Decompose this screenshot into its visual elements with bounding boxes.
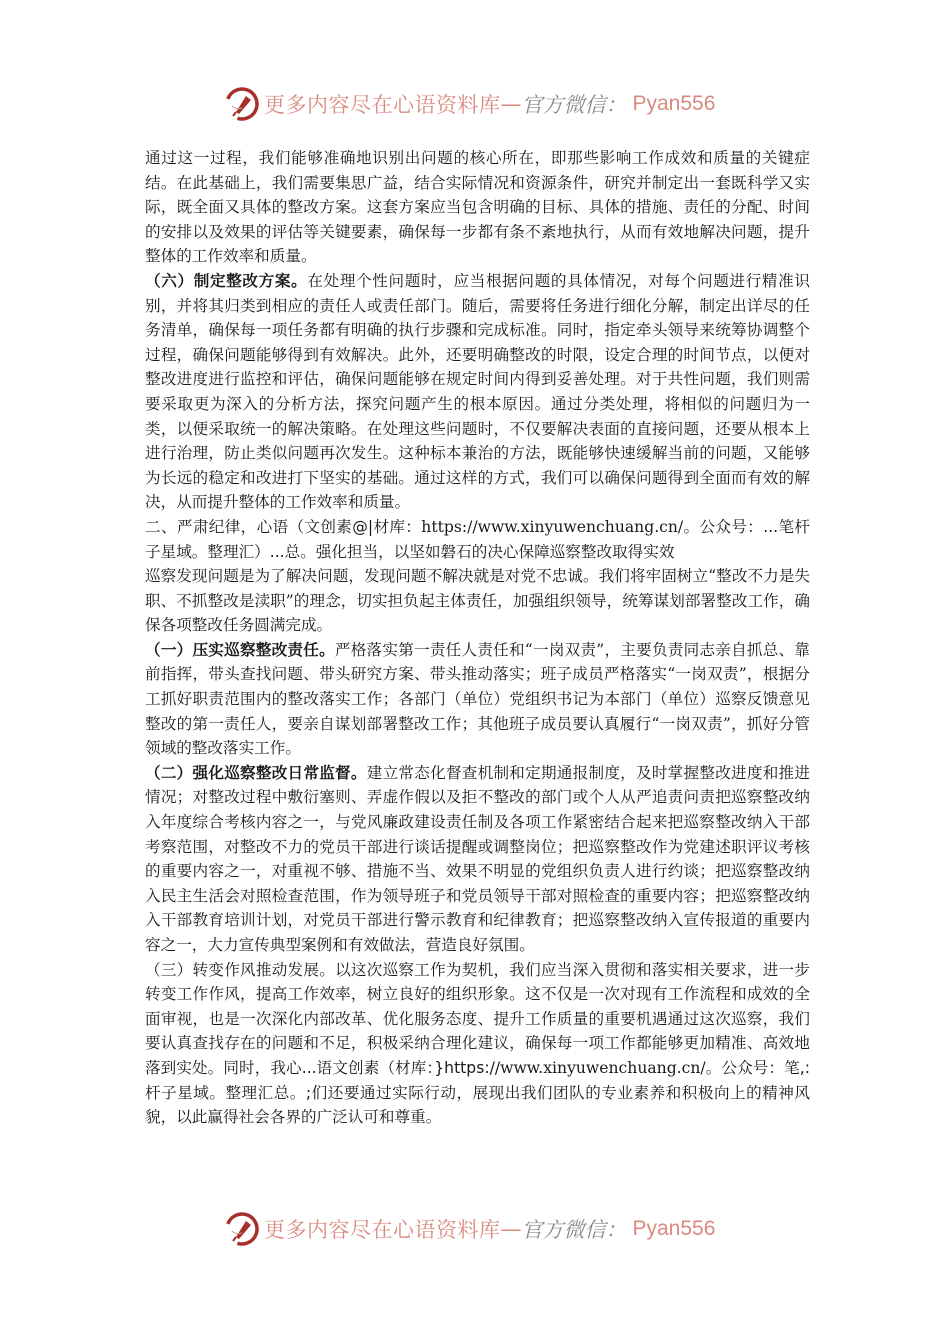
footer-watermark: 更多内容尽在心语资料库 — 官方微信： Pyan556 xyxy=(224,1209,724,1249)
header-watermark: 更多内容尽在心语资料库 — 官方微信： Pyan556 xyxy=(224,84,724,124)
watermark-site-text: 更多内容尽在心语资料库 xyxy=(264,1214,501,1244)
part-2-heading-text-a: 二、严肃纪律，心语（文创素@|材库： xyxy=(145,518,421,536)
quill-pen-logo-icon xyxy=(224,1211,260,1247)
intro-paragraph: 通过这一过程，我们能够准确地识别出问题的核心所在，即那些影响工作成效和质量的关键… xyxy=(145,146,810,269)
section-6-paragraph: （六）制定整改方案。在处理个性问题时，应当根据问题的具体情况，对每个问题进行精准… xyxy=(145,269,810,515)
section-6-body: 在处理个性问题时，应当根据问题的具体情况，对每个问题进行精准识别，并将其归类到相… xyxy=(145,272,810,511)
document-body: 通过这一过程，我们能够准确地识别出问题的核心所在，即那些影响工作成效和质量的关键… xyxy=(145,146,810,1130)
section-1-paragraph: （一）压实巡察整改责任。严格落实第一责任人责任和“一岗双责”，主要负责同志亲自抓… xyxy=(145,638,810,761)
section-1-heading: （一）压实巡察整改责任。 xyxy=(145,641,335,659)
part-2-heading: 二、严肃纪律，心语（文创素@|材库：https://www.xinyuwench… xyxy=(145,515,810,564)
watermark-wechat-id: Pyan556 xyxy=(633,92,716,116)
section-3-paragraph: （三）转变作风推动发展。以这次巡察工作为契机，我们应当深入贯彻和落实相关要求，进… xyxy=(145,958,810,1130)
section-3-url: www.xinyuwenchuang.cn/ xyxy=(500,1059,706,1077)
section-2-heading: （二）强化巡察整改日常监督。 xyxy=(145,764,367,782)
watermark-wechat-label: 官方微信： xyxy=(522,1214,627,1244)
watermark-dash: — xyxy=(501,92,522,116)
watermark-dash: — xyxy=(501,1217,522,1241)
section-2-paragraph: （二）强化巡察整改日常监督。建立常态化督查机制和定期通报制度，及时掌握整改进度和… xyxy=(145,761,810,958)
section-2-body: 建立常态化督查机制和定期通报制度，及时掌握整改进度和推进情况；对整改过程中敷衍塞… xyxy=(145,764,810,954)
watermark-site-text: 更多内容尽在心语资料库 xyxy=(264,89,501,119)
watermark-wechat-label: 官方微信： xyxy=(522,89,627,119)
section-6-heading: （六）制定整改方案。 xyxy=(145,272,307,290)
quill-pen-logo-icon xyxy=(224,86,260,122)
watermark-wechat-id: Pyan556 xyxy=(633,1217,716,1241)
part-2-intro-paragraph: 巡察发现问题是为了解决问题，发现问题不解决就是对党不忠诚。我们将牢固树立“整改不… xyxy=(145,564,810,638)
part-2-heading-url: https://www.xinyuwenchuang.cn/ xyxy=(421,518,683,536)
